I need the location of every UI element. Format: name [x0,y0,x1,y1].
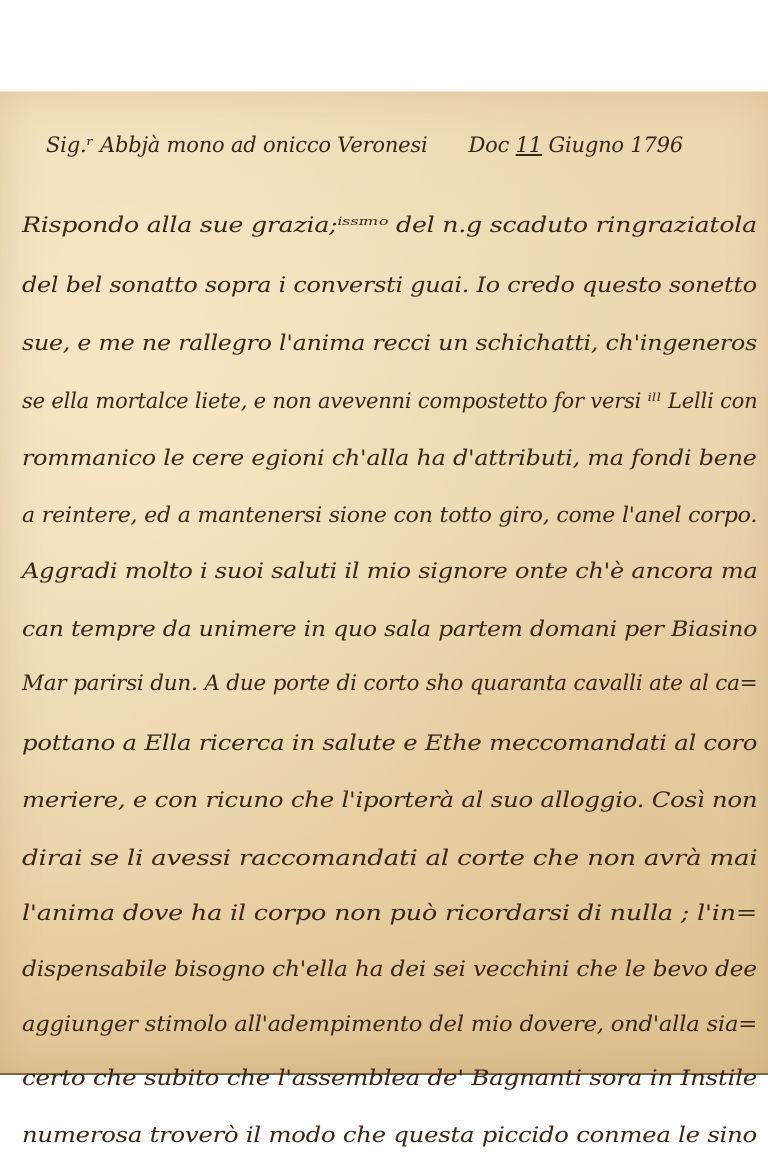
letter-line: rommanico le cere egioni ch'alla ha d'at… [22,446,757,470]
letter-line: dispensabile bisogno ch'ella ha dei sei … [22,957,757,981]
letter-line: a reintere, ed a mantenersi sione con to… [22,503,757,527]
letter-line: l'anima dove ha il corpo non può ricorda… [22,901,757,925]
letter-line: Mar parirsi dun. A due porte di corto sh… [22,671,757,695]
letter-line: se ella mortalce liete, e non avevenni c… [22,389,757,413]
letter-line: pottano a Ella ricerca in salute e Ethe … [22,731,757,755]
letter-line: certo che subito che l'assemblea de' Bag… [22,1066,757,1090]
letter-line: can tempre da unimere in quo sala partem… [22,617,757,641]
letter-line: del bel sonatto sopra i conversti guai. … [22,273,757,297]
letter-line: Rispondo alla sue grazia;ⁱˢˢᶦᵐᵒ del n.g … [22,213,757,237]
letter-heading: Sig.ʳ Abbjà mono ad onicco Veronesi Doc … [46,133,683,157]
heading-place: Doc [468,133,509,157]
letter-line: dirai se li avessi raccomandati al corte… [22,846,757,870]
letter-line: aggiunger stimolo all'adempimento del mi… [22,1012,757,1036]
heading-salutation: Sig.ʳ Abbjà mono ad onicco Veronesi [46,133,428,157]
letter-line: numerosa troverò il modo che questa picc… [22,1123,757,1147]
letter-line: meriere, e con ricuno che l'iporterà al … [22,788,757,812]
letter-line: sue, e me ne rallegro l'anima recci un s… [22,331,757,355]
letter-line: Aggradi molto i suoi saluti il mio signo… [22,559,758,583]
letter-page: Sig.ʳ Abbjà mono ad onicco Veronesi Doc … [0,91,768,1075]
heading-month-year: Giugno 1796 [548,133,683,157]
heading-day: 11 [516,133,542,157]
